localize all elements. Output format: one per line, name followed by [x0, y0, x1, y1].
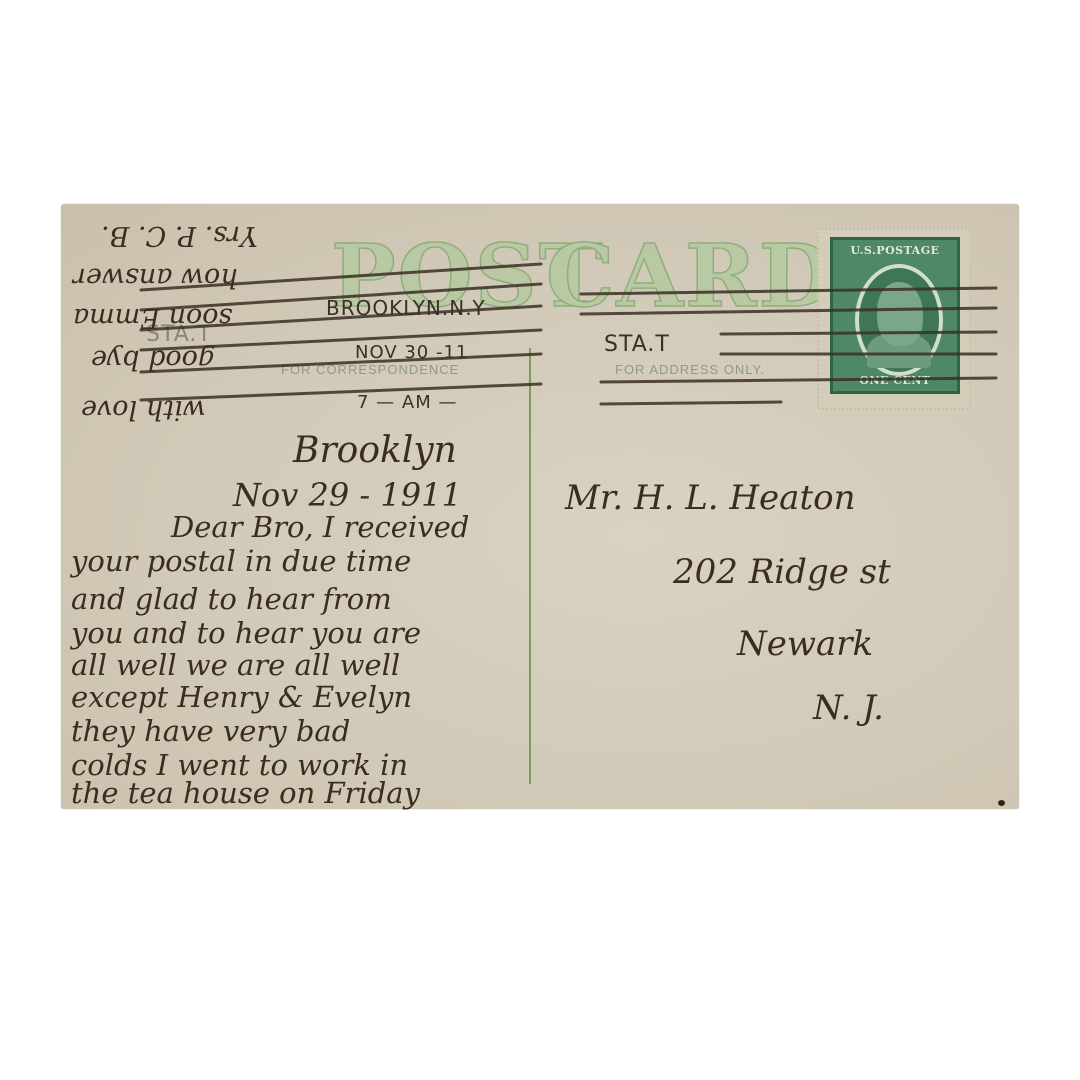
postcard-back: POST CARD FOR CORRESPONDENCE FOR ADDRESS…: [61, 204, 1019, 809]
postmark-station: STA.T: [604, 332, 670, 357]
stamp-bottom-text: ONE CENT: [839, 374, 951, 387]
stamp-portrait-icon: [855, 264, 943, 376]
postage-stamp: U.S.POSTAGE ONE CENT: [830, 237, 960, 394]
portrait-head: [877, 282, 923, 346]
address-street: 202 Ridge st: [673, 552, 891, 592]
upside-down-line: how answer: [73, 262, 238, 293]
message-line: they have very bad: [71, 714, 350, 748]
message-line: you and to hear you are: [71, 616, 421, 650]
center-divider-line: [529, 348, 531, 784]
header-card-word: CARD: [546, 234, 835, 320]
message-line: except Henry & Evelyn: [71, 680, 412, 714]
postmark-time: 7 — AM —: [357, 392, 457, 413]
upside-down-line: with love: [81, 394, 206, 425]
message-line: all well we are all well: [71, 648, 400, 682]
message-date: Nov 29 - 1911: [233, 476, 462, 514]
postmark-date: NOV 30 -11: [355, 342, 468, 363]
stamp-top-text: U.S.POSTAGE: [839, 244, 951, 257]
message-place: Brooklyn: [293, 430, 457, 471]
message-line: and glad to hear from: [71, 582, 392, 616]
correspondence-caption: FOR CORRESPONDENCE: [281, 362, 459, 377]
ink-speck: [998, 800, 1005, 806]
address-state: N. J.: [813, 688, 884, 728]
address-name: Mr. H. L. Heaton: [565, 478, 855, 518]
upside-down-line: good bye: [91, 344, 215, 375]
postmark-city: BROOKLYN.N.Y: [326, 296, 486, 320]
message-line: your postal in due time: [71, 544, 411, 578]
message-line: Dear Bro, I received: [171, 510, 469, 544]
message-line: the tea house on Friday: [71, 776, 420, 810]
address-caption: FOR ADDRESS ONLY.: [615, 362, 765, 377]
upside-down-line: Yrs. P. C. B.: [101, 220, 258, 251]
address-city: Newark: [737, 624, 873, 664]
upside-down-line: soon Emma: [73, 302, 232, 333]
